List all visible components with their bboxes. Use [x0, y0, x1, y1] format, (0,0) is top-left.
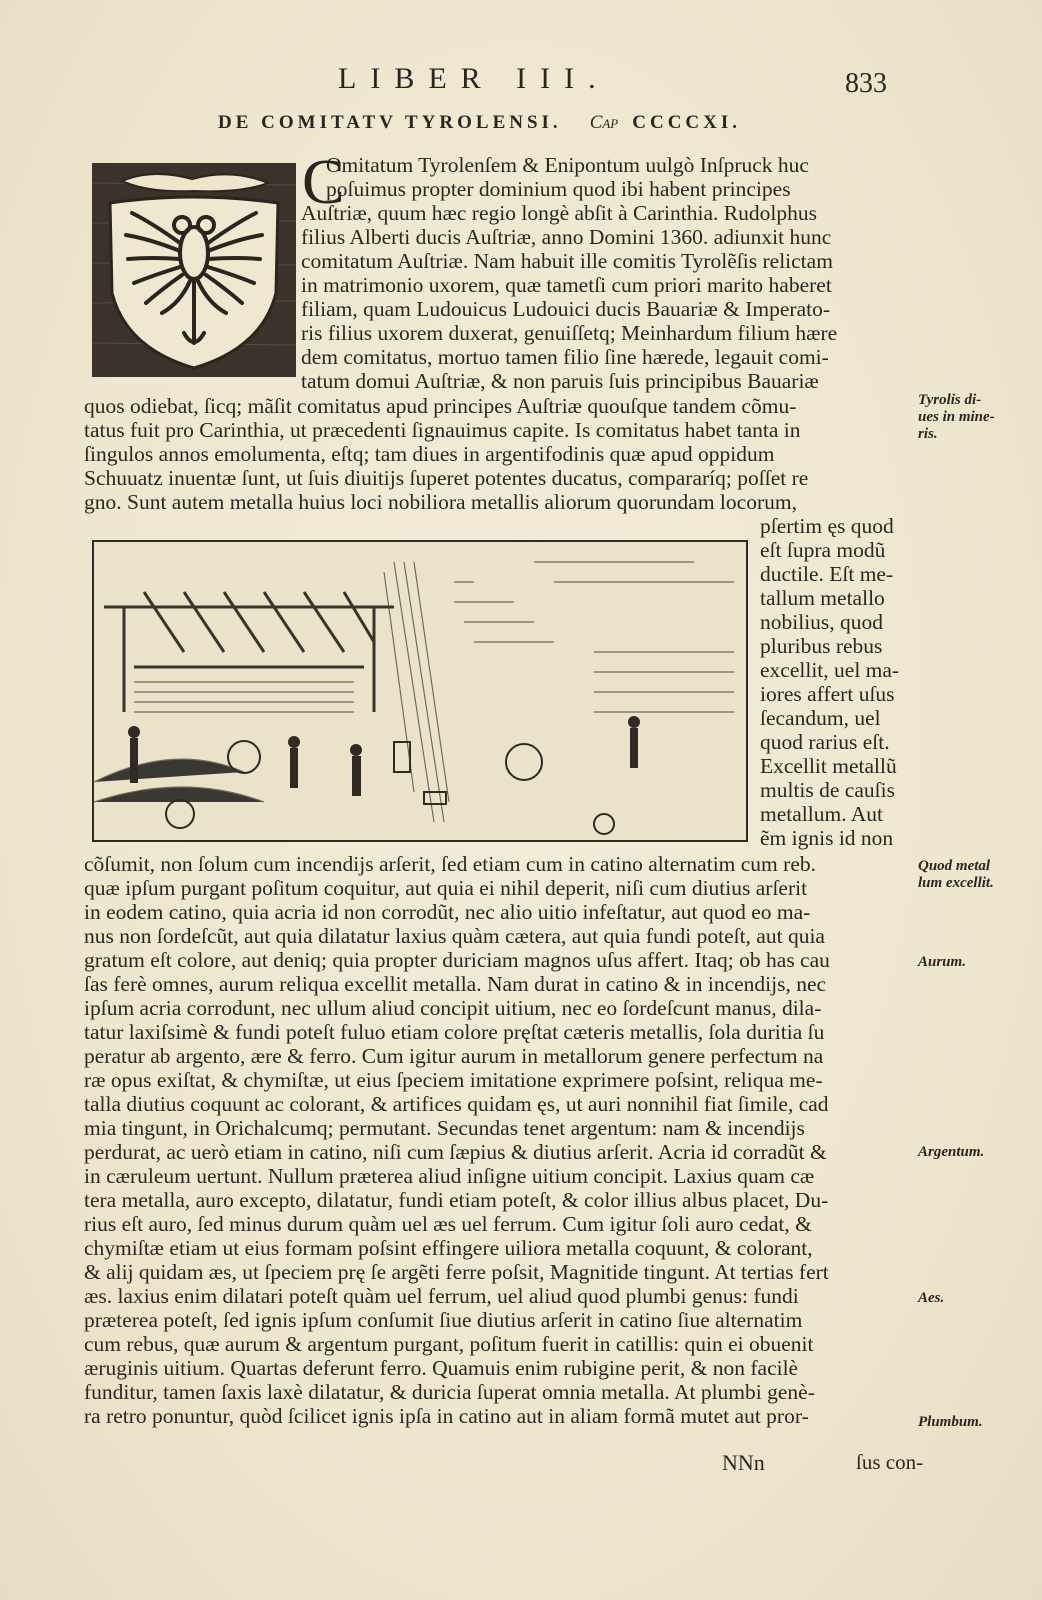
margin-note-line: Argentum.: [918, 1144, 984, 1161]
text-line: pſertim ęs quod: [760, 514, 894, 538]
text-line: ræ opus exiſtat, & chymiſtæ, ut eius ſpe…: [84, 1068, 823, 1092]
text-line: mia tingunt, in Orichalcumq; permutant. …: [84, 1116, 805, 1140]
margin-note-plumbum: Plumbum.: [918, 1414, 983, 1431]
chapter-heading: DE COMITATV TYROLENSI.CapCCCCXI.: [218, 112, 741, 134]
text-line: comitatum Auſtriæ. Nam habuit ille comit…: [301, 249, 833, 273]
margin-note-quod-metallum: Quod metal lum excellit.: [918, 858, 994, 892]
margin-note-aurum: Aurum.: [918, 954, 966, 971]
margin-note-line: ues in mine-: [918, 409, 995, 426]
text-line: in matrimonio uxorem, quæ tametſi cum pr…: [301, 273, 832, 297]
folio-number: 833: [845, 68, 887, 100]
text-line: Omitatum Tyrolenſem & Enipontum uulgò In…: [326, 153, 809, 177]
text-line: tatum domui Auſtriæ, & non paruis ſuis p…: [301, 369, 819, 393]
text-line: in cæruleum uertunt. Nullum præterea ali…: [84, 1164, 814, 1188]
text-line: ipſum acria corrodunt, nec ullum aliud c…: [84, 996, 821, 1020]
signature-mark: NNn: [722, 1450, 765, 1476]
margin-note-line: Tyrolis di-: [918, 392, 995, 409]
text-line: quæ ipſum purgant poſitum coquitur, aut …: [84, 876, 807, 900]
text-line: cum rebus, quæ aurum & argentum purgant,…: [84, 1332, 814, 1356]
text-line: perdurat, ac uerò etiam in catino, niſi …: [84, 1140, 827, 1164]
text-line: nus non ſordeſcũt, aut quia dilatatur la…: [84, 924, 825, 948]
text-line: dem comitatus, mortuo tamen filio ſine h…: [301, 345, 829, 369]
mining-woodcut-illustration: [92, 540, 748, 842]
text-line: gno. Sunt autem metalla huius loci nobil…: [84, 490, 797, 514]
text-line: tatur laxiſsimè & fundi poteſt fuluo eti…: [84, 1020, 824, 1044]
eagle-shield-icon: [92, 163, 296, 377]
catchword: ſus con-: [856, 1450, 923, 1475]
text-line: nobilius, quod: [760, 610, 883, 634]
text-line: rius eſt auro, ſed minus durum quàm uel …: [84, 1212, 812, 1236]
text-line: tatus fuit pro Carinthia, ut præcedenti …: [84, 418, 801, 442]
text-line: Schuuatz inuentæ ſunt, ut ſuis diuitijs …: [84, 466, 808, 490]
coat-of-arms-illustration: [92, 163, 296, 377]
text-line: & alij quidam æs, ut ſpeciem prę ſe argẽ…: [84, 1260, 829, 1284]
text-line: excellit, uel ma-: [760, 658, 899, 682]
text-line: æs. laxius enim dilatari poteſt quàm uel…: [84, 1284, 799, 1308]
margin-note-argentum: Argentum.: [918, 1144, 984, 1161]
text-line: ris filius uxorem duxerat, genuiſſetq; M…: [301, 321, 837, 345]
text-line: iores affert uſus: [760, 682, 895, 706]
text-line: quod rarius eſt.: [760, 730, 890, 754]
book-page: LIBER III. 833 DE COMITATV TYROLENSI.Cap…: [0, 0, 1042, 1600]
text-line: filius Alberti ducis Auſtriæ, anno Domin…: [301, 225, 831, 249]
margin-note-line: Aurum.: [918, 954, 966, 971]
text-line: peratur ab argento, ære & ferro. Cum igi…: [84, 1044, 823, 1068]
text-line: ra retro ponuntur, quòd ſcilicet ignis i…: [84, 1404, 809, 1428]
text-line: tera metalla, auro excepto, dilatatur, f…: [84, 1188, 828, 1212]
margin-note-line: ris.: [918, 426, 995, 443]
running-title: LIBER III.: [338, 62, 610, 96]
text-line: ſas ferè omnes, aurum reliqua excellit m…: [84, 972, 826, 996]
chapter-number: CCCCXI.: [632, 112, 741, 133]
text-line: ſingulos annos emolumenta, eſtq; tam diu…: [84, 442, 775, 466]
text-line: filiam, quam Ludouicus Ludouici ducis Ba…: [301, 297, 830, 321]
text-line: æruginis uitium. Quartas deferunt ferro.…: [84, 1356, 798, 1380]
text-line: præterea poteſt, ſed ignis ipſum conſumi…: [84, 1308, 802, 1332]
mining-scene-icon: [94, 542, 746, 840]
text-line: Excellit metallũ: [760, 754, 897, 778]
text-line: quos odiebat, ſicq; mãſit comitatus apud…: [84, 394, 796, 418]
text-line: metallum. Aut: [760, 802, 883, 826]
text-line: chymiſtæ etiam ut eius formam poſsint ef…: [84, 1236, 813, 1260]
text-line: talla diutius coquunt ac colorant, & art…: [84, 1092, 829, 1116]
text-line: poſuimus propter dominium quod ibi haben…: [326, 177, 791, 201]
margin-note-line: lum excellit.: [918, 875, 994, 892]
text-line: tallum metallo: [760, 586, 885, 610]
text-line: in eodem catino, quia acria id non corro…: [84, 900, 810, 924]
text-line: funditur, tamen ſaxis laxè dilatatur, & …: [84, 1380, 815, 1404]
text-line: multis de cauſis: [760, 778, 895, 802]
margin-note-tyrolis: Tyrolis di- ues in mine- ris.: [918, 392, 995, 443]
running-head: LIBER III. 833: [0, 62, 1042, 102]
text-line: Auſtriæ, quum hæc regio longè abſit à Ca…: [301, 201, 817, 225]
margin-note-aes: Aes.: [918, 1290, 944, 1307]
text-line: gratum eſt colore, aut deniq; quia propt…: [84, 948, 830, 972]
margin-note-line: Quod metal: [918, 858, 994, 875]
margin-note-line: Aes.: [918, 1290, 944, 1307]
chapter-label: Cap: [590, 112, 619, 133]
text-line: eſt ſupra modũ: [760, 538, 885, 562]
chapter-title: DE COMITATV TYROLENSI.: [218, 112, 562, 133]
text-line: ẽm ignis id non: [760, 826, 893, 850]
text-line: pluribus rebus: [760, 634, 882, 658]
margin-note-line: Plumbum.: [918, 1414, 983, 1431]
text-line: ſecandum, uel: [760, 706, 881, 730]
text-line: cõſumit, non ſolum cum incendijs arſerit…: [84, 852, 816, 876]
text-line: ductile. Eſt me-: [760, 562, 893, 586]
